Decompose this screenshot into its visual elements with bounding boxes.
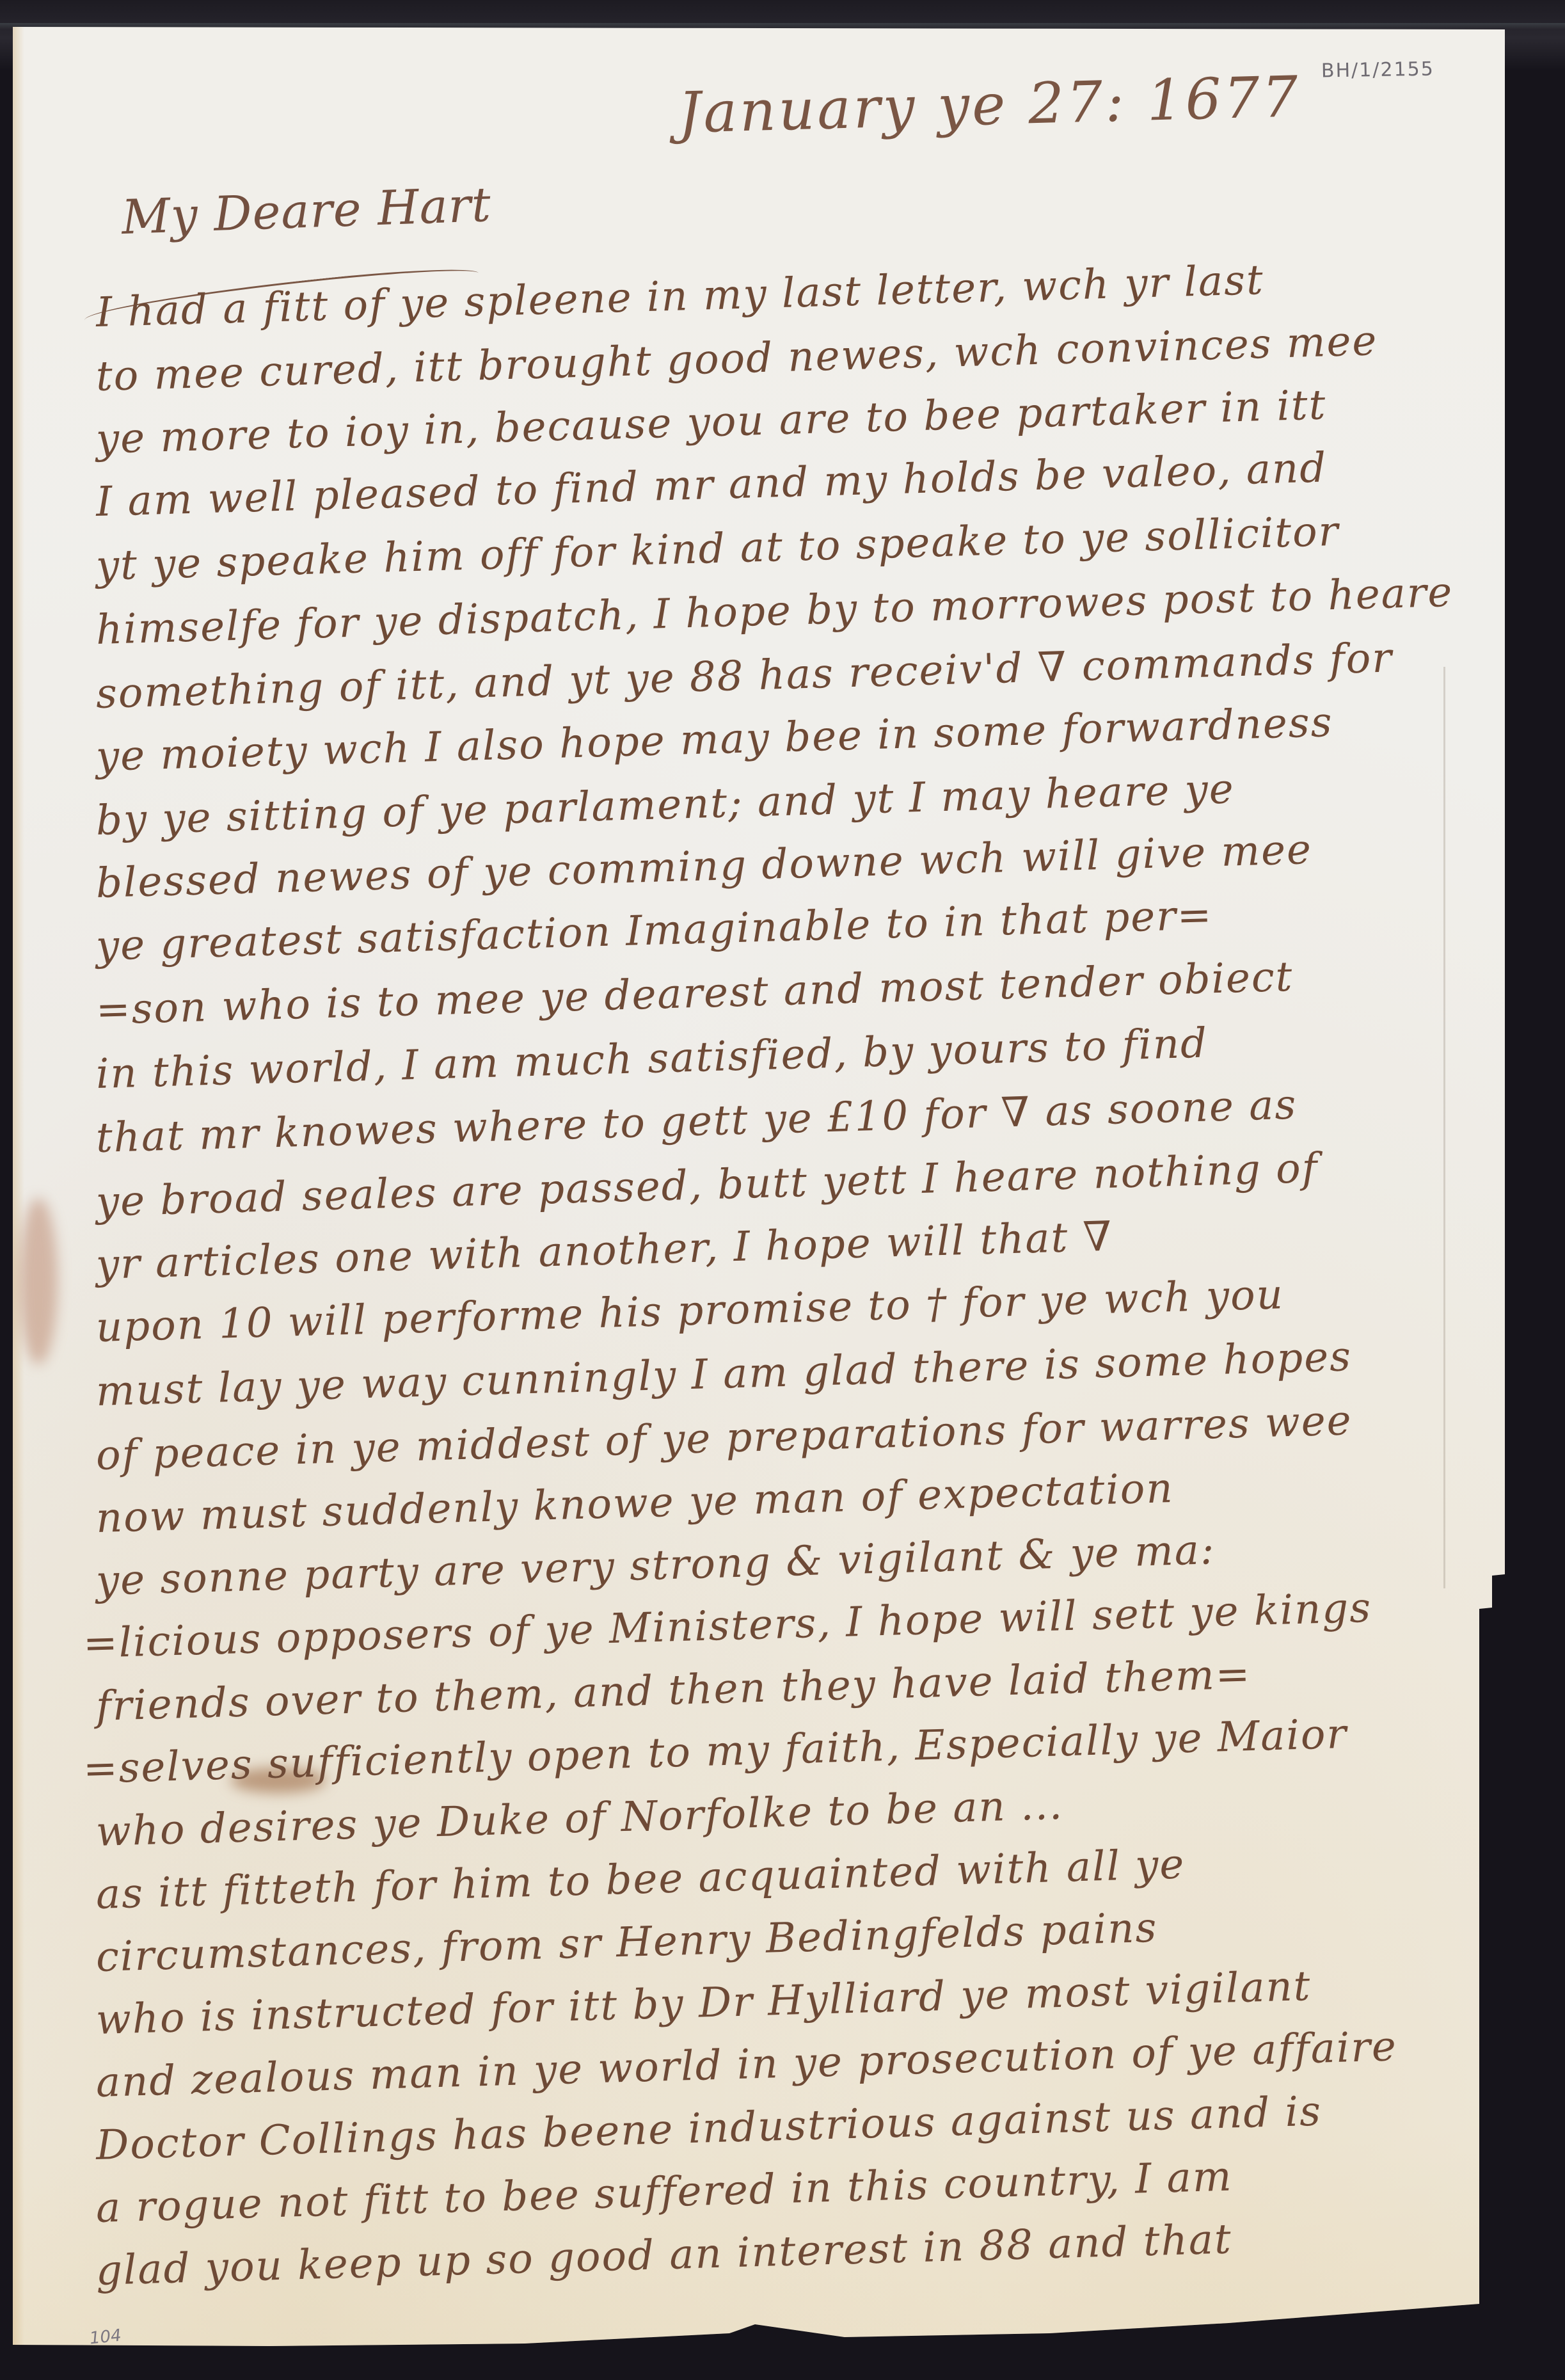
body-line: yr articles one with another, I hope wil… [95, 1213, 1113, 1289]
body-line: circumstances, from sr Henry Bedingfelds… [95, 1905, 1158, 1981]
body-line: as itt fitteth for him to bee acquainted… [95, 1841, 1186, 1919]
body-line: glad you keep up so good an interest in … [95, 2216, 1233, 2295]
body-line: who desires ye Duke of Norfolke to be an… [95, 1782, 1064, 1856]
letter-page: BH/1/2155 January ye 27: 1677 My Deare H… [13, 27, 1505, 2356]
paper-fold-line [1443, 667, 1445, 1588]
ink-stain-left-margin [19, 1198, 58, 1364]
body-line: ye greatest satisfaction Imaginable to i… [95, 891, 1213, 970]
folio-number: 104 [89, 2326, 123, 2348]
body-line: I had a fitt of ye spleene in my last le… [95, 257, 1265, 337]
body-line: in this world, I am much satisfied, by y… [95, 1019, 1209, 1098]
body-line: now must suddenly knowe ye man of expect… [95, 1465, 1175, 1542]
archive-reference: BH/1/2155 [1321, 58, 1434, 82]
paper-edge-discoloration [13, 27, 24, 2356]
letter-date: January ye 27: 1677 [678, 63, 1301, 145]
letter-salutation: My Deare Hart [121, 177, 492, 245]
